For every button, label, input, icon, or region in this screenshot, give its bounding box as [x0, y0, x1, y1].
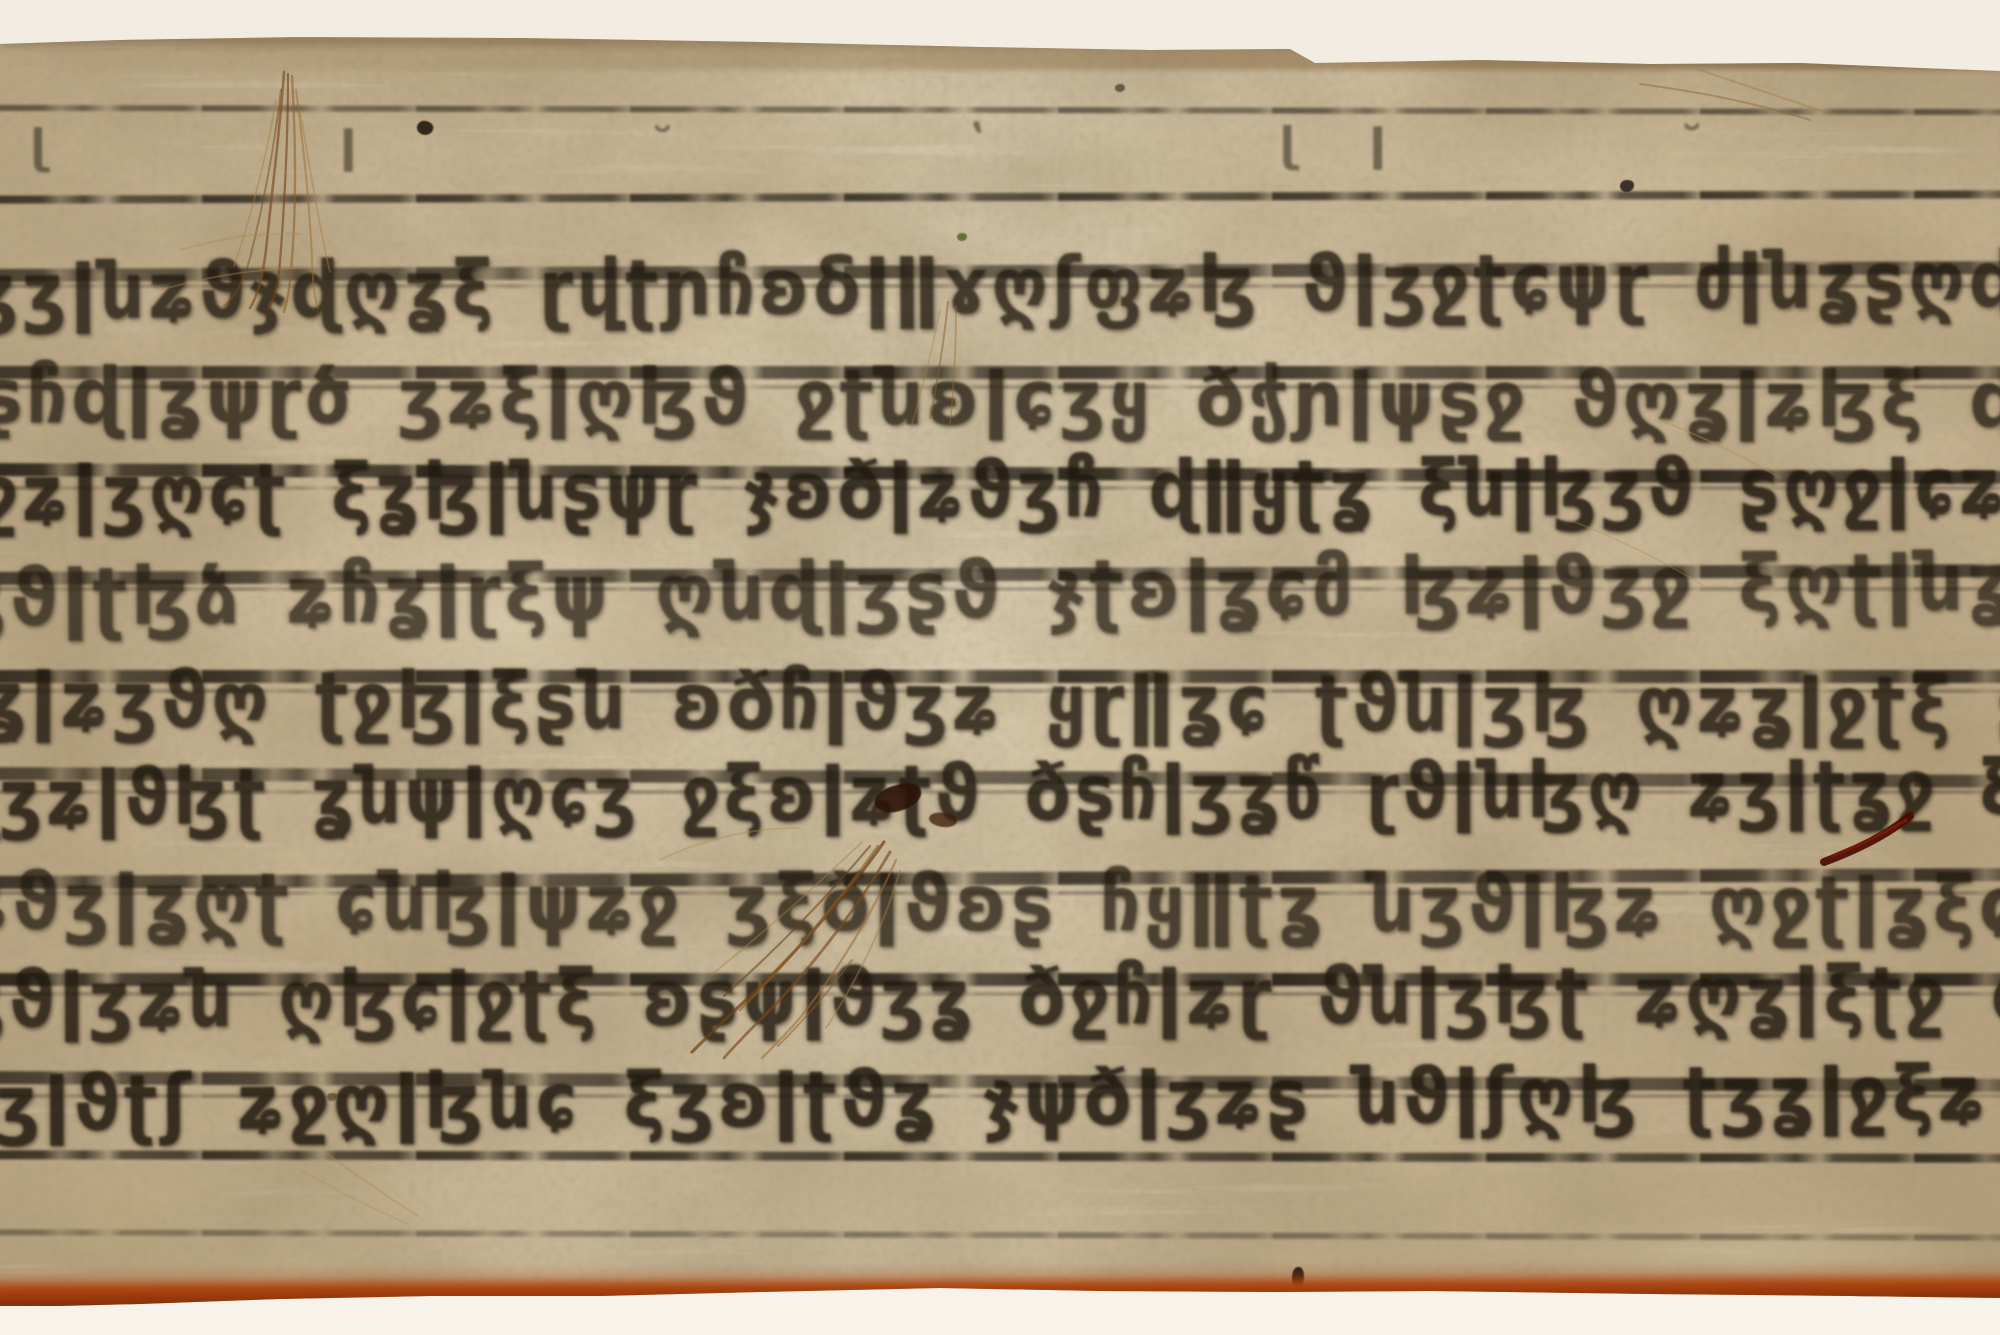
ink-speck — [1115, 84, 1125, 92]
dyed-bottom-edge — [0, 1259, 2000, 1311]
ink-speck — [415, 119, 435, 138]
ink-speck — [871, 779, 924, 817]
ink-speck — [957, 233, 967, 241]
ink-speck — [928, 811, 958, 830]
ink-speck — [327, 1093, 337, 1101]
photo-background: ɭ ǀ ˘ ʽ ɭǀ ˘ ǀ ʽ ɭ ˘ ǀ ɮʒǀնʑϑჯɖღʓξ ɽվʈɲჩ… — [0, 0, 2000, 1335]
ink-speck — [1620, 180, 1634, 192]
manuscript-leaf: ɭ ǀ ˘ ʽ ɭǀ ˘ ǀ ʽ ɭ ˘ ǀ ɮʒǀնʑϑჯɖღʓξ ɽվʈɲჩ… — [0, 0, 2000, 1335]
ink-specks-layer — [0, 0, 2000, 1335]
